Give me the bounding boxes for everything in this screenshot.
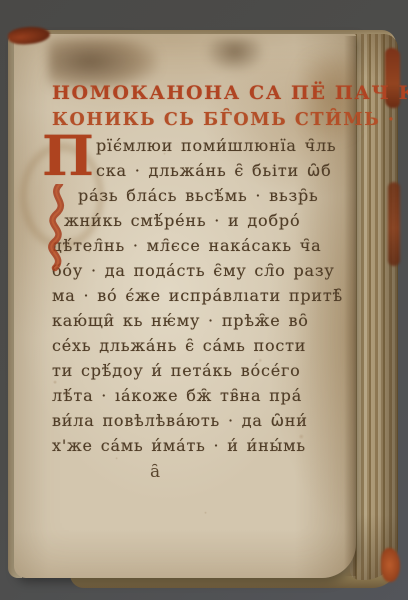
text-line: ма · во́ є́же испра́влıати притѣ̑: [52, 283, 358, 308]
text-line: ра́зь бла́сь вьсѣ́мь · вьзр̑ь: [52, 183, 358, 208]
text-line: ска · дльжа́нь є̑ бьіти ѡ̑б: [52, 158, 358, 183]
text-block: НОМОКАНОНА СА ПЁ ПАЧ КНАЅА КОНИКЬ СЬ БГ̑…: [52, 80, 358, 458]
leather-patch-bottom-right: [381, 548, 400, 582]
drop-cap-initial: П: [42, 130, 94, 182]
rubric-title-line-1: НОМОКАНОНА СА ПЁ ПАЧ КНАЅА: [52, 80, 358, 107]
text-line: бо́у · да пода́сть є̑му сл̑о разу: [52, 258, 358, 283]
text-line: ти срѣ́доу и́ пета́кь во́се́го: [52, 358, 358, 383]
rubric-title-line-2: КОНИКЬ СЬ БГ̑ОМЬ СТИ̑МЬ ·: [52, 107, 358, 133]
text-line: дѣ́тел̑нь · мл̑єсе нака́сакь ч̑а: [52, 233, 358, 258]
photo-of-manuscript: НОМОКАНОНА СА ПЁ ПАЧ КНАЅА КОНИКЬ СЬ БГ̑…: [0, 0, 408, 600]
text-line: лѣ́та · ıа́коже бж̑ тв̑на пра́: [52, 383, 358, 408]
text-line: се́хь дльжа́нь є̑ са́мь пости: [52, 333, 358, 358]
drop-cap-flourish: [46, 184, 80, 272]
text-line: х'же са́мь и́ма́ть · и́ и́ны́мь: [52, 433, 358, 458]
text-line: каю́щи̑ кь нѥ́му · прѣж̑е во̑: [52, 308, 358, 333]
leather-patch-mid-right: [388, 182, 400, 266]
text-line: ви́ла повѣлѣва́ють · да ѡ̑ни́: [52, 408, 358, 433]
quire-signature: а̑: [150, 462, 161, 482]
text-line: рїє́млюи поми́шлюнїа ч̑ль: [52, 133, 358, 158]
text-line: жни́кь смѣ́ре́нь · и добро́: [52, 208, 358, 233]
